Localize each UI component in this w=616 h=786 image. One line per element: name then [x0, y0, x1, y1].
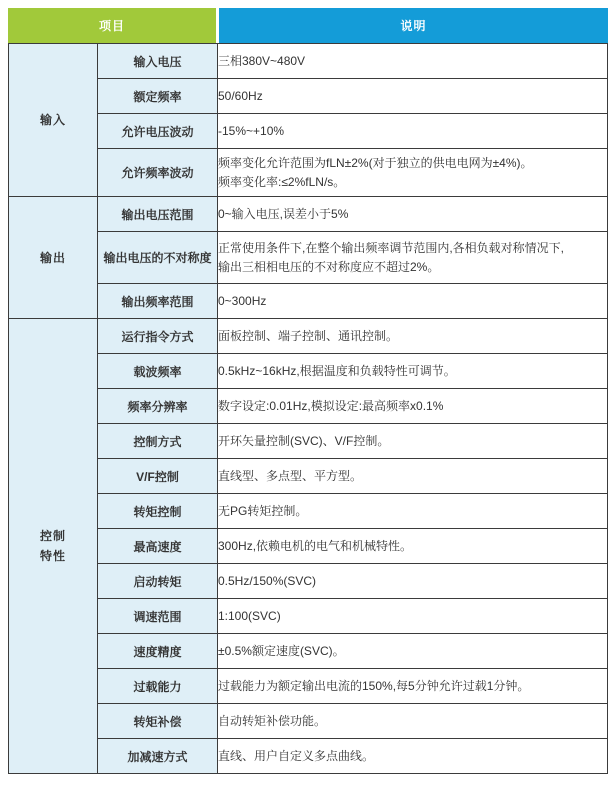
- table-header: 项目 说明: [8, 8, 608, 43]
- spec-desc-cell: 0~300Hz: [218, 284, 608, 319]
- category-cell-input: 输入: [9, 44, 98, 197]
- spec-label-cell: 加减速方式: [98, 739, 218, 774]
- spec-label-cell: 载波频率: [98, 354, 218, 389]
- spec-desc-cell: 自动转矩补偿功能。: [218, 704, 608, 739]
- spec-label-cell: 输入电压: [98, 44, 218, 79]
- table-row: 转矩控制 无PG转矩控制。: [9, 494, 608, 529]
- spec-desc-cell: 数字设定:0.01Hz,模拟设定:最高频率x0.1%: [218, 389, 608, 424]
- table-row: 载波频率 0.5kHz~16kHz,根据温度和负载特性可调节。: [9, 354, 608, 389]
- spec-desc-cell: 无PG转矩控制。: [218, 494, 608, 529]
- table-row: 输出频率范围 0~300Hz: [9, 284, 608, 319]
- spec-desc-cell: 直线型、多点型、平方型。: [218, 459, 608, 494]
- spec-desc-cell: -15%~+10%: [218, 114, 608, 149]
- table-row: 过载能力 过载能力为额定输出电流的150%,每5分钟允许过载1分钟。: [9, 669, 608, 704]
- spec-desc-cell: 直线、用户自定义多点曲线。: [218, 739, 608, 774]
- table-row: 输出电压的不对称度 正常使用条件下,在整个输出频率调节范围内,各相负载对称情况下…: [9, 232, 608, 284]
- header-item-cell: 项目: [8, 8, 216, 43]
- table-row: 允许电压波动 -15%~+10%: [9, 114, 608, 149]
- spec-desc-cell: 300Hz,依赖电机的电气和机械特性。: [218, 529, 608, 564]
- spec-desc-cell: 0.5Hz/150%(SVC): [218, 564, 608, 599]
- spec-desc-cell: 1:100(SVC): [218, 599, 608, 634]
- header-desc-cell: 说明: [219, 8, 608, 43]
- spec-label-cell: 频率分辨率: [98, 389, 218, 424]
- spec-label-cell: 最高速度: [98, 529, 218, 564]
- table-row: 调速范围 1:100(SVC): [9, 599, 608, 634]
- table-row: 额定频率 50/60Hz: [9, 79, 608, 114]
- spec-desc-cell: 0.5kHz~16kHz,根据温度和负载特性可调节。: [218, 354, 608, 389]
- spec-label-cell: 速度精度: [98, 634, 218, 669]
- table-row: 控制 特性 运行指令方式 面板控制、端子控制、通讯控制。: [9, 319, 608, 354]
- spec-desc-cell: ±0.5%额定速度(SVC)。: [218, 634, 608, 669]
- spec-label-cell: 允许电压波动: [98, 114, 218, 149]
- spec-desc-cell: 频率变化允许范围为fLN±2%(对于独立的供电电网为±4%)。 频率变化率:≤2…: [218, 149, 608, 197]
- table-row: 速度精度 ±0.5%额定速度(SVC)。: [9, 634, 608, 669]
- spec-label-cell: 允许频率波动: [98, 149, 218, 197]
- spec-label-cell: 过载能力: [98, 669, 218, 704]
- table-row: 允许频率波动 频率变化允许范围为fLN±2%(对于独立的供电电网为±4%)。 频…: [9, 149, 608, 197]
- spec-desc-cell: 三相380V~480V: [218, 44, 608, 79]
- spec-desc-cell: 过载能力为额定输出电流的150%,每5分钟允许过载1分钟。: [218, 669, 608, 704]
- spec-desc-cell: 面板控制、端子控制、通讯控制。: [218, 319, 608, 354]
- table-row: 转矩补偿 自动转矩补偿功能。: [9, 704, 608, 739]
- table-row: 输入 输入电压 三相380V~480V: [9, 44, 608, 79]
- table-row: 输出 输出电压范围 0~输入电压,误差小于5%: [9, 197, 608, 232]
- spec-desc-cell: 0~输入电压,误差小于5%: [218, 197, 608, 232]
- spec-label-cell: 转矩补偿: [98, 704, 218, 739]
- spec-desc-cell: 50/60Hz: [218, 79, 608, 114]
- spec-label-cell: 额定频率: [98, 79, 218, 114]
- spec-label-cell: 输出电压范围: [98, 197, 218, 232]
- spec-desc-cell: 开环矢量控制(SVC)、V/F控制。: [218, 424, 608, 459]
- spec-desc-cell: 正常使用条件下,在整个输出频率调节范围内,各相负载对称情况下, 输出三相相电压的…: [218, 232, 608, 284]
- spec-label-cell: 输出电压的不对称度: [98, 232, 218, 284]
- table-row: 控制方式 开环矢量控制(SVC)、V/F控制。: [9, 424, 608, 459]
- category-cell-control: 控制 特性: [9, 319, 98, 774]
- spec-label-cell: 运行指令方式: [98, 319, 218, 354]
- spec-label-cell: 启动转矩: [98, 564, 218, 599]
- table-row: 最高速度 300Hz,依赖电机的电气和机械特性。: [9, 529, 608, 564]
- spec-label-cell: 控制方式: [98, 424, 218, 459]
- table-row: 频率分辨率 数字设定:0.01Hz,模拟设定:最高频率x0.1%: [9, 389, 608, 424]
- table-row: V/F控制 直线型、多点型、平方型。: [9, 459, 608, 494]
- table-row: 加减速方式 直线、用户自定义多点曲线。: [9, 739, 608, 774]
- spec-label-cell: 调速范围: [98, 599, 218, 634]
- category-cell-output: 输出: [9, 197, 98, 319]
- spec-label-cell: V/F控制: [98, 459, 218, 494]
- table-row: 启动转矩 0.5Hz/150%(SVC): [9, 564, 608, 599]
- spec-table: 项目 说明 输入 输入电压 三相380V~480V 额定频率 50/60Hz 允…: [8, 8, 608, 774]
- spec-label-cell: 输出频率范围: [98, 284, 218, 319]
- spec-table-body: 输入 输入电压 三相380V~480V 额定频率 50/60Hz 允许电压波动 …: [8, 43, 608, 774]
- spec-label-cell: 转矩控制: [98, 494, 218, 529]
